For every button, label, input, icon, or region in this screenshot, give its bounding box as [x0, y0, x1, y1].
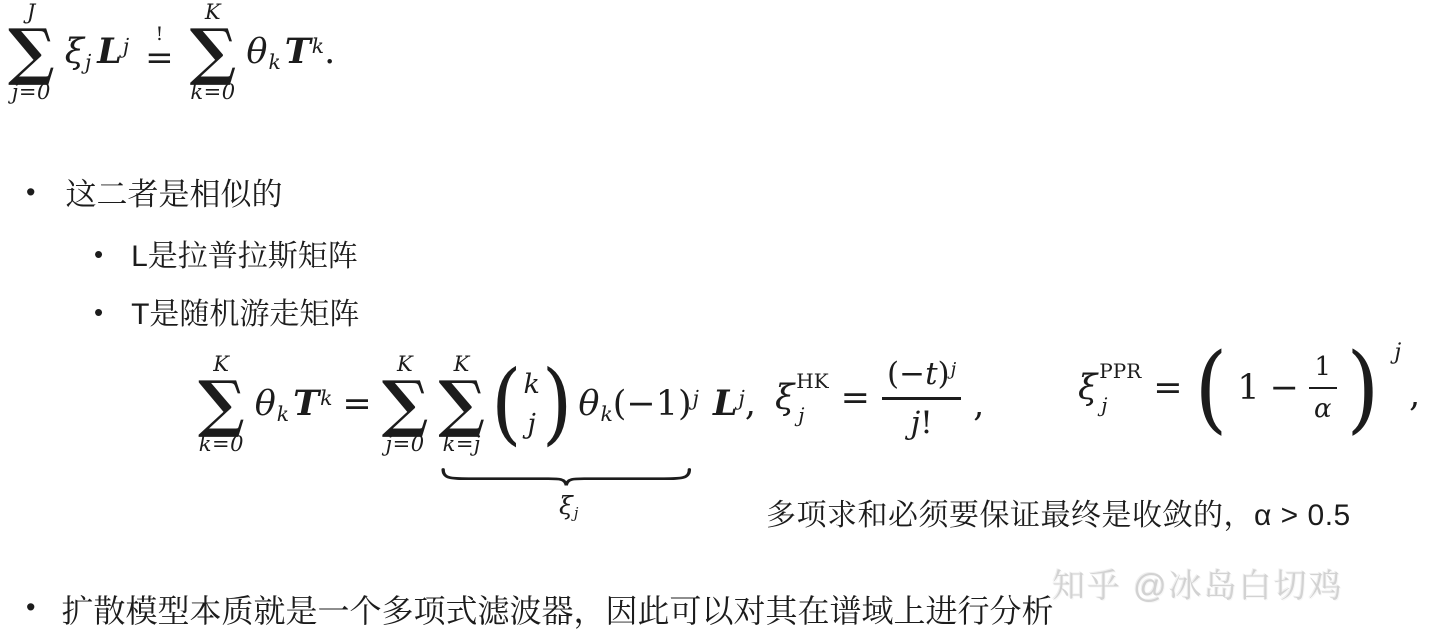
bullet-item-conclusion: • 扩散模型本质就是一个多项式滤波器，因此可以对其在谱域上进行分析 — [26, 591, 1053, 631]
sum-j0-J: J ∑ j=0 — [8, 2, 55, 103]
bullet-icon: • — [94, 238, 103, 271]
laplacian-symbol: L — [713, 383, 738, 424]
j-symbol: j — [911, 405, 921, 441]
ppr-supsub: PPR j — [1099, 359, 1141, 417]
must-equal-sign: ! = — [145, 25, 174, 79]
theta-subscript: k — [268, 50, 280, 74]
transition-symbol: T — [285, 31, 311, 72]
t-symbol: t — [925, 356, 937, 392]
equation-expansion: K ∑ k=0 θkTk = K ∑ j=0 K ∑ k=j ( k j ) — [198, 354, 756, 455]
ppr-superscript: PPR — [1099, 359, 1141, 383]
sigma-icon: ∑ — [198, 375, 245, 434]
period: . — [324, 32, 335, 72]
bullet-text: T是随机游走矩阵 — [131, 296, 359, 334]
equals-sign: = — [342, 385, 371, 424]
xi-symbol: ξ — [1078, 369, 1097, 408]
laplacian-symbol: L — [97, 31, 122, 72]
hk-superscript: HK — [796, 369, 828, 393]
xi-symbol: ξ — [65, 32, 84, 72]
comma: , — [973, 386, 984, 425]
bullet-text: 扩散模型本质就是一个多项式滤波器，因此可以对其在谱域上进行分析 — [61, 591, 1053, 631]
right-paren: ) — [542, 360, 572, 449]
theta-symbol: θ — [578, 384, 599, 424]
underbraced-coefficient: K ∑ k=j ( k j ) θk(−1)j ξj — [438, 354, 699, 455]
factorial-sign: ! — [920, 405, 932, 441]
term-L: Lj, — [713, 385, 756, 424]
fraction-denominator: j! — [906, 400, 938, 441]
open-neg: (− — [887, 356, 925, 392]
sum-lower-limit: k=0 — [199, 434, 244, 455]
comma: , — [745, 384, 756, 424]
hk-fraction: (−t)j j! — [882, 356, 961, 441]
close-paren: ) — [938, 356, 950, 392]
sigma-icon: ∑ — [190, 23, 237, 82]
neg-one: (−1) — [613, 384, 692, 424]
sum-k0-K: K ∑ k=0 — [198, 354, 245, 455]
sum-lower-limit: k=j — [443, 434, 481, 455]
T-superscript: k — [312, 34, 324, 58]
bullet-text: 这二者是相似的 — [65, 176, 282, 215]
j-subscript: j — [1099, 393, 1141, 417]
xi-hk: ξ HK j — [775, 369, 829, 427]
sum-lower-limit: j=0 — [386, 434, 425, 455]
sum-kj-K: K ∑ k=j — [438, 354, 485, 455]
bullet-item-similarity: • 这二者是相似的 — [26, 176, 282, 215]
transition-symbol: T — [293, 383, 319, 424]
j-subscript: j — [796, 403, 828, 427]
underbrace-label: ξj — [559, 491, 578, 520]
sum-j0-K: K ∑ j=0 — [382, 354, 429, 455]
equals-sign: = — [1153, 369, 1182, 408]
binomial-stack: k j — [524, 369, 540, 440]
T-superscript: k — [320, 386, 332, 410]
hk-supsub: HK j — [796, 369, 828, 427]
sum-lower-limit: j=0 — [12, 82, 51, 103]
slide: J ∑ j=0 ξjLj ! = K ∑ k=0 θkTk. • 这二者是相似的… — [0, 0, 1440, 644]
zhihu-watermark: 知乎 @冰岛白切鸡 — [1052, 560, 1344, 607]
equation-ppr-coefficient: ξ PPR j = ( 1 − 1 α ) j , — [1078, 346, 1420, 430]
equals-sign: = — [841, 379, 870, 418]
binomial-top: k — [524, 369, 540, 400]
sigma-icon: ∑ — [8, 23, 55, 82]
comma: , — [1409, 376, 1420, 415]
theta-symbol: θ — [246, 32, 267, 72]
minus-sign: − — [1270, 369, 1299, 408]
term-xi-L: ξjLj — [65, 33, 129, 72]
binomial-bottom: j — [528, 409, 536, 440]
xi-symbol: ξ — [559, 491, 573, 520]
one-digit: 1 — [1237, 369, 1259, 408]
equation-hk-coefficient: ξ HK j = (−t)j j! , — [775, 356, 984, 441]
sum-lower-limit: k=0 — [190, 82, 235, 103]
neg-one-superscript: j — [693, 386, 699, 410]
right-paren: ) — [1347, 340, 1380, 436]
bullet-icon: • — [26, 591, 35, 625]
underbrace-icon — [440, 467, 693, 487]
L-superscript: j — [739, 386, 745, 410]
convergence-note: 多项求和必须要保证最终是收敛的，α > 0.5 — [766, 490, 1351, 534]
theta-subscript: k — [277, 402, 289, 426]
term-theta-neg1: θk(−1)j — [578, 385, 699, 424]
L-superscript: j — [123, 34, 129, 58]
fraction-numerator: 1 — [1309, 352, 1336, 387]
xi-subscript: j — [85, 50, 91, 74]
equals-sign: = — [145, 41, 174, 75]
theta-subscript: k — [600, 402, 612, 426]
bullet-item-laplacian: • L是拉普拉斯矩阵 — [94, 238, 358, 276]
sum-k0-K: K ∑ k=0 — [190, 2, 237, 103]
alpha-symbol: α — [1309, 389, 1337, 424]
j-superscript: j — [951, 359, 957, 380]
xi-symbol: ξ — [775, 379, 794, 418]
bullet-text: L是拉普拉斯矩阵 — [131, 238, 358, 276]
j-superscript: j — [1394, 340, 1401, 365]
left-paren: ( — [1195, 340, 1228, 436]
xi-subscript: j — [574, 506, 579, 522]
binomial-coefficient: ( k j ) — [491, 365, 572, 443]
left-paren: ( — [491, 360, 521, 449]
sigma-icon: ∑ — [438, 375, 485, 434]
equation-definition: J ∑ j=0 ξjLj ! = K ∑ k=0 θkTk. — [8, 2, 335, 103]
bullet-item-random-walk: • T是随机游走矩阵 — [94, 296, 359, 334]
theta-symbol: θ — [255, 384, 276, 424]
term-theta-T: θkTk. — [246, 33, 335, 72]
xi-ppr: ξ PPR j — [1078, 359, 1141, 417]
fraction-numerator: (−t)j — [882, 356, 961, 397]
sigma-icon: ∑ — [382, 375, 429, 434]
inverse-alpha-fraction: 1 α — [1309, 352, 1337, 425]
term-theta-T: θkTk — [255, 385, 333, 424]
bullet-icon: • — [26, 176, 35, 210]
bullet-icon: • — [94, 296, 103, 329]
